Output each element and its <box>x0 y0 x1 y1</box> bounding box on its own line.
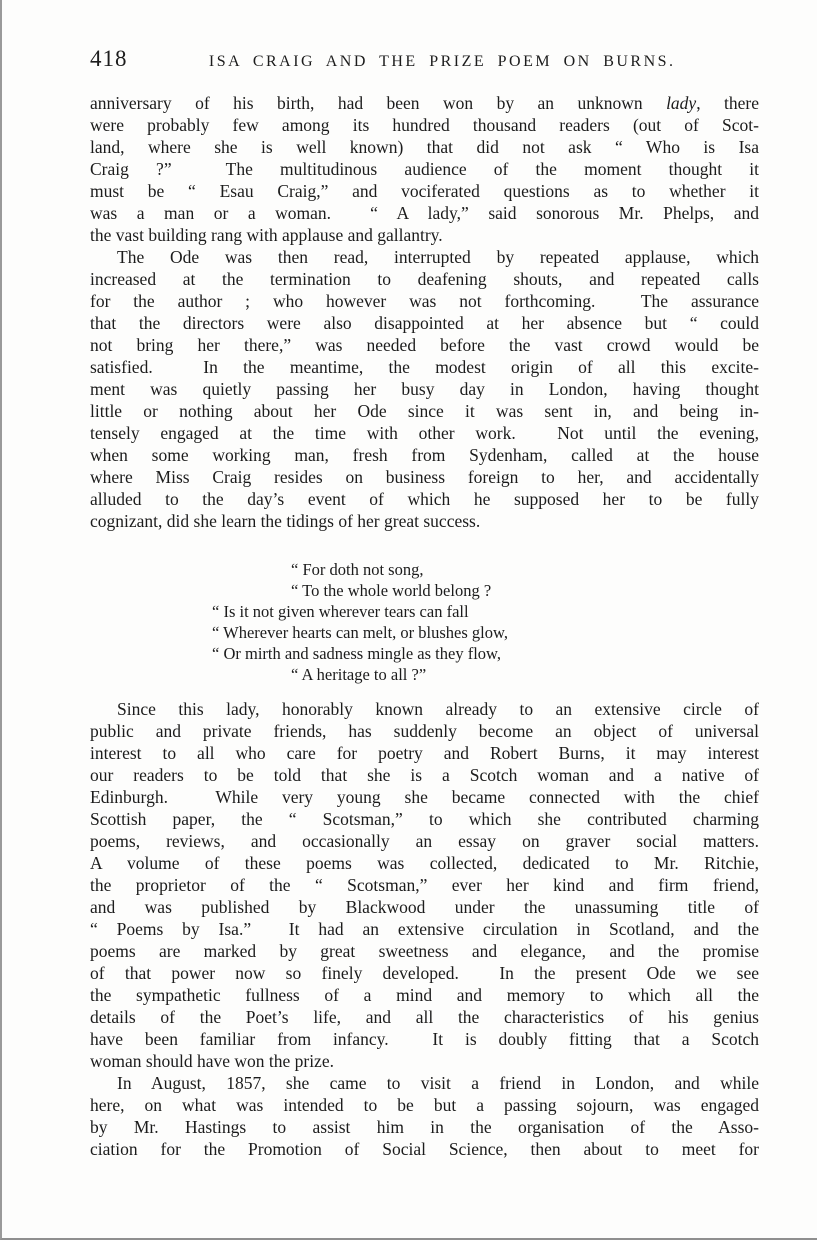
text-blocks: anniversary of his birth, had been won b… <box>90 92 759 1160</box>
body-text-line: cognizant, did she learn the tidings of … <box>90 510 759 532</box>
text-segment: have been familiar from infancy. It is d… <box>90 1029 759 1049</box>
text-segment: Scottish paper, the “ Scotsman,” to whic… <box>90 809 759 829</box>
text-segment: ciation for the Promotion of Social Scie… <box>90 1139 759 1159</box>
text-segment: were probably few among its hundred thou… <box>90 115 759 135</box>
text-segment: our readers to be told that she is a Sco… <box>90 765 759 785</box>
poem-line: “ A heritage to all ?” <box>291 664 759 685</box>
text-segment: when some working man, fresh from Sydenh… <box>90 445 759 465</box>
text-segment: , there <box>696 93 759 113</box>
text-segment: The Ode was then read, interrupted by re… <box>117 247 759 267</box>
text-segment: Since this lady, honorably known already… <box>117 699 759 719</box>
text-segment: Edinburgh. While very young she became c… <box>90 787 759 807</box>
body-text-line: Edinburgh. While very young she became c… <box>90 786 759 808</box>
body-text-line: public and private friends, has suddenly… <box>90 720 759 742</box>
body-text-line: were probably few among its hundred thou… <box>90 114 759 136</box>
paragraph-block: In August, 1857, she came to visit a fri… <box>90 1072 759 1160</box>
text-segment: the proprietor of the “ Scotsman,” ever … <box>90 875 759 895</box>
text-segment: In August, 1857, she came to visit a fri… <box>117 1073 759 1093</box>
body-text-line: increased at the termination to deafenin… <box>90 268 759 290</box>
paragraph-block: The Ode was then read, interrupted by re… <box>90 246 759 532</box>
body-text-line: details of the Poet’s life, and all the … <box>90 1006 759 1028</box>
body-text-line: land, where she is well known) that did … <box>90 136 759 158</box>
body-text-line: Scottish paper, the “ Scotsman,” to whic… <box>90 808 759 830</box>
poem-line: “ Wherever hearts can melt, or blushes g… <box>212 622 759 643</box>
poem-block: “ For doth not song,“ To the whole world… <box>90 559 759 685</box>
italic-text: lady <box>666 93 696 113</box>
running-title: ISA CRAIG AND THE PRIZE POEM ON BURNS. <box>128 53 758 71</box>
poem-line: “ Is it not given wherever tears can fal… <box>212 601 759 622</box>
body-text-line: must be “ Esau Craig,” and vociferated q… <box>90 180 759 202</box>
text-segment: details of the Poet’s life, and all the … <box>90 1007 759 1027</box>
body-text-line: here, on what was intended to be but a p… <box>90 1094 759 1116</box>
text-segment: “ Or mirth and sadness mingle as they fl… <box>212 644 501 663</box>
body-text-line: and was published by Blackwood under the… <box>90 896 759 918</box>
text-segment: little or nothing about her Ode since it… <box>90 401 759 421</box>
body-text-line: have been familiar from infancy. It is d… <box>90 1028 759 1050</box>
text-segment: not bring her there,” was needed before … <box>90 335 759 355</box>
text-segment: that the directors were also disappointe… <box>90 313 759 333</box>
body-text-line: Since this lady, honorably known already… <box>90 698 759 720</box>
body-text-line: not bring her there,” was needed before … <box>90 334 759 356</box>
body-text-line: Craig ?” The multitudinous audience of t… <box>90 158 759 180</box>
body-text-line: the proprietor of the “ Scotsman,” ever … <box>90 874 759 896</box>
text-segment: poems are marked by great sweetness and … <box>90 941 759 961</box>
body-text-line: for the author ; who however was not for… <box>90 290 759 312</box>
text-segment: anniversary of his birth, had been won b… <box>90 93 666 113</box>
body-text-line: where Miss Craig resides on business for… <box>90 466 759 488</box>
body-text-line: interest to all who care for poetry and … <box>90 742 759 764</box>
text-segment: tensely engaged at the time with other w… <box>90 423 759 443</box>
body-text-line: In August, 1857, she came to visit a fri… <box>90 1072 759 1094</box>
text-segment: “ For doth not song, <box>291 560 423 579</box>
body-text-line: The Ode was then read, interrupted by re… <box>90 246 759 268</box>
body-text-line: anniversary of his birth, had been won b… <box>90 92 759 114</box>
text-segment: and was published by Blackwood under the… <box>90 897 759 917</box>
text-segment: the vast building rang with applause and… <box>90 225 443 245</box>
text-segment: must be “ Esau Craig,” and vociferated q… <box>90 181 759 201</box>
paragraph-block: anniversary of his birth, had been won b… <box>90 92 759 246</box>
poem-line: “ To the whole world belong ? <box>291 580 759 601</box>
text-segment: cognizant, did she learn the tidings of … <box>90 511 480 531</box>
text-segment: alluded to the day’s event of which he s… <box>90 489 759 509</box>
body-text-line: was a man or a woman. “ A lady,” said so… <box>90 202 759 224</box>
page-number: 418 <box>90 46 128 72</box>
body-text-line: little or nothing about her Ode since it… <box>90 400 759 422</box>
text-segment: increased at the termination to deafenin… <box>90 269 759 289</box>
scanned-book-page: 418 ISA CRAIG AND THE PRIZE POEM ON BURN… <box>0 0 817 1240</box>
body-text-line: when some working man, fresh from Sydenh… <box>90 444 759 466</box>
text-segment: land, where she is well known) that did … <box>90 137 759 157</box>
text-segment: “ To the whole world belong ? <box>291 581 491 600</box>
text-segment: “ Poems by Isa.” It had an extensive cir… <box>90 919 759 939</box>
body-text-line: the sympathetic fullness of a mind and m… <box>90 984 759 1006</box>
text-segment: the sympathetic fullness of a mind and m… <box>90 985 759 1005</box>
body-text-line: ciation for the Promotion of Social Scie… <box>90 1138 759 1160</box>
body-text-line: poems, reviews, and occasionally an essa… <box>90 830 759 852</box>
body-text-line: ment was quietly passing her busy day in… <box>90 378 759 400</box>
body-text-line: of that power now so finely developed. I… <box>90 962 759 984</box>
text-segment: A volume of these poems was collected, d… <box>90 853 759 873</box>
text-segment: “ Wherever hearts can melt, or blushes g… <box>212 623 508 642</box>
body-text-line: A volume of these poems was collected, d… <box>90 852 759 874</box>
poem-line: “ For doth not song, <box>291 559 759 580</box>
poem-line: “ Or mirth and sadness mingle as they fl… <box>212 643 759 664</box>
text-segment: “ A heritage to all ?” <box>291 665 426 684</box>
body-text-line: satisfied. In the meantime, the modest o… <box>90 356 759 378</box>
text-segment: “ Is it not given wherever tears can fal… <box>212 602 469 621</box>
text-segment: satisfied. In the meantime, the modest o… <box>90 357 759 377</box>
page-header: 418 ISA CRAIG AND THE PRIZE POEM ON BURN… <box>2 0 817 72</box>
paragraph-block: Since this lady, honorably known already… <box>90 698 759 1072</box>
text-segment: Craig ?” The multitudinous audience of t… <box>90 159 759 179</box>
body-text-line: tensely engaged at the time with other w… <box>90 422 759 444</box>
body-text-line: “ Poems by Isa.” It had an extensive cir… <box>90 918 759 940</box>
text-segment: woman should have won the prize. <box>90 1051 334 1071</box>
body-text-line: by Mr. Hastings to assist him in the org… <box>90 1116 759 1138</box>
text-segment: here, on what was intended to be but a p… <box>90 1095 759 1115</box>
body-text-line: alluded to the day’s event of which he s… <box>90 488 759 510</box>
body-text-line: poems are marked by great sweetness and … <box>90 940 759 962</box>
body-text-line: woman should have won the prize. <box>90 1050 759 1072</box>
text-segment: of that power now so finely developed. I… <box>90 963 759 983</box>
text-segment: was a man or a woman. “ A lady,” said so… <box>90 203 759 223</box>
text-segment: public and private friends, has suddenly… <box>90 721 759 741</box>
text-segment: ment was quietly passing her busy day in… <box>90 379 759 399</box>
body-text-line: that the directors were also disappointe… <box>90 312 759 334</box>
text-segment: for the author ; who however was not for… <box>90 291 759 311</box>
body-text-line: the vast building rang with applause and… <box>90 224 759 246</box>
text-segment: interest to all who care for poetry and … <box>90 743 759 763</box>
body-text-line: our readers to be told that she is a Sco… <box>90 764 759 786</box>
text-segment: by Mr. Hastings to assist him in the org… <box>90 1117 759 1137</box>
text-segment: where Miss Craig resides on business for… <box>90 467 759 487</box>
text-segment: poems, reviews, and occasionally an essa… <box>90 831 759 851</box>
